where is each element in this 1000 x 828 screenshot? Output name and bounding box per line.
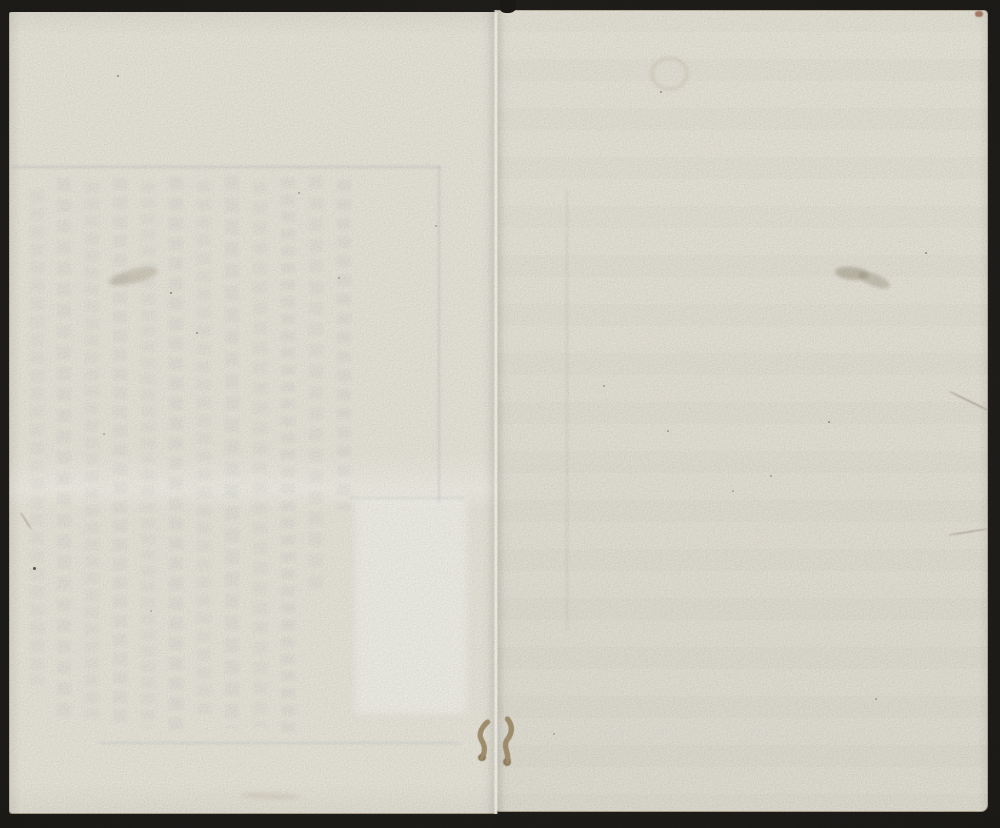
speck-7: [103, 433, 105, 435]
speck-3: [170, 292, 172, 294]
speck-6: [338, 277, 340, 279]
speck-14: [770, 475, 772, 477]
speck-12: [925, 252, 927, 254]
ring-stain: [651, 57, 688, 90]
speck-1: [117, 75, 119, 77]
smudge-right-b: [856, 268, 892, 292]
bottom-stain-left: [240, 792, 300, 800]
speck-15: [732, 490, 734, 492]
speck-18: [553, 733, 555, 735]
hairline-right-2: [948, 528, 988, 536]
speck-13: [667, 430, 669, 432]
center-fold: [487, 10, 505, 814]
speck-17: [603, 385, 605, 387]
speck-8: [150, 610, 152, 612]
crease-right-page: [566, 190, 568, 630]
speck-11: [828, 421, 830, 423]
hairline-right-1: [949, 390, 989, 411]
speck-5: [298, 192, 300, 194]
corner-mark-red: [975, 11, 983, 17]
speck-4: [196, 332, 198, 334]
speck-16: [875, 698, 877, 700]
speck-9: [435, 225, 437, 227]
speck-10: [660, 91, 662, 93]
hairline-left: [20, 512, 32, 530]
fold-top-notch: [500, 0, 516, 13]
tie-left-end-blob: [478, 754, 486, 761]
smudge-left-b: [127, 266, 158, 280]
speck-2: [33, 567, 36, 570]
book-scan: [0, 0, 1000, 828]
